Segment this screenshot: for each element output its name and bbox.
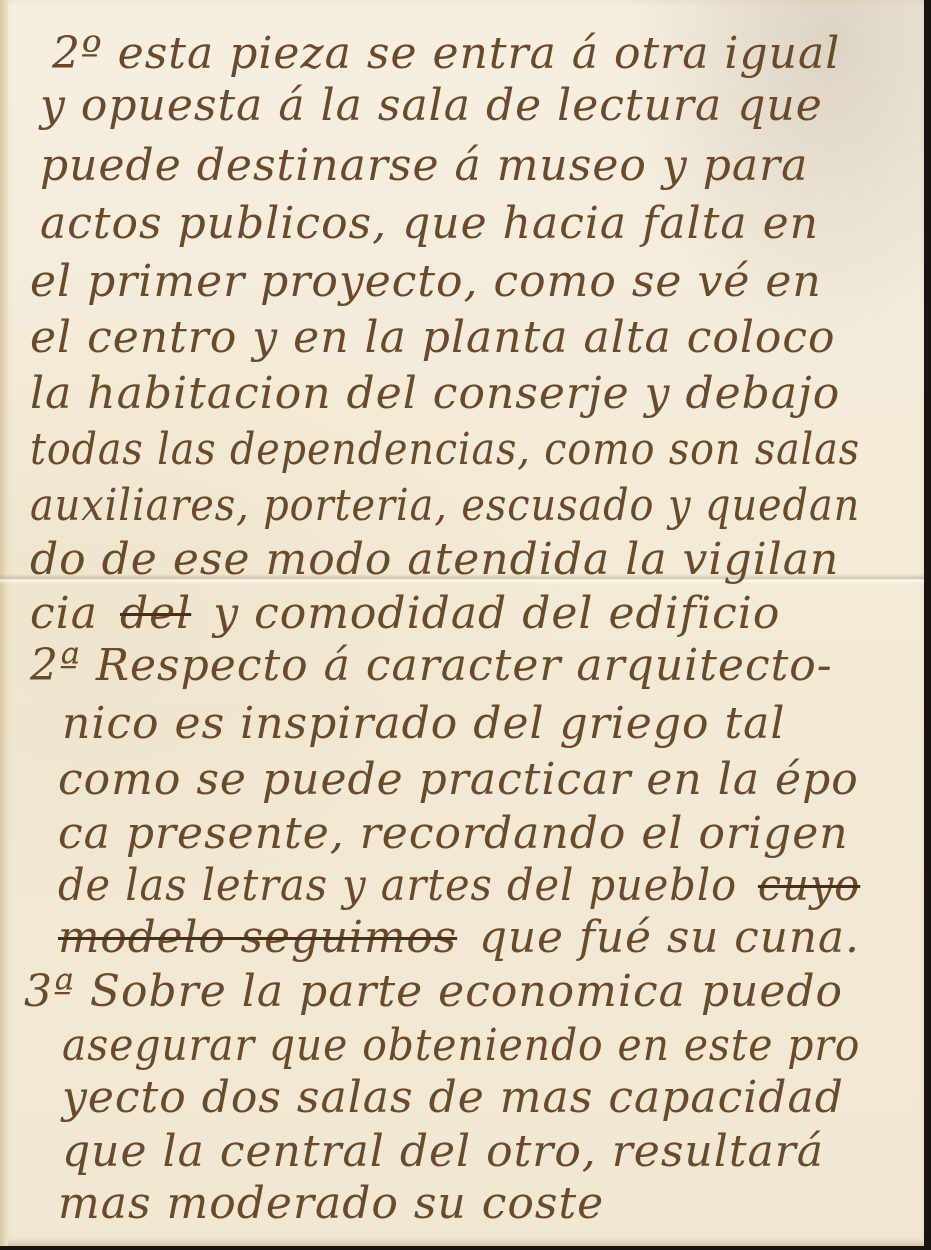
manuscript-line-8: todas las dependencias, como son salas — [30, 424, 860, 475]
line-11-rest: y comodidad del edificio — [213, 588, 780, 639]
struck-word-del: del — [120, 588, 191, 639]
manuscript-line-13: nico es inspirado del griego tal — [62, 698, 785, 749]
manuscript-line-22: mas moderado su coste — [58, 1178, 604, 1229]
struck-word-cuyo: cuyo — [758, 860, 860, 911]
manuscript-line-17: modelo seguimosque fué su cuna. — [58, 912, 860, 963]
manuscript-line-20: yecto dos salas de mas capacidad — [62, 1072, 844, 1123]
paper-left-edge — [0, 0, 8, 1246]
struck-phrase-modelo-seguimos: modelo seguimos — [58, 912, 457, 963]
manuscript-line-16: de las letras y artes del pueblocuyo — [58, 860, 860, 911]
manuscript-line-6: el centro y en la planta alta coloco — [30, 312, 836, 363]
manuscript-line-15: ca presente, recordando el origen — [58, 808, 849, 859]
manuscript-line-5: el primer proyecto, como se vé en — [30, 256, 822, 307]
manuscript-line-11: ciadely comodidad del edificio — [30, 588, 780, 639]
manuscript-line-14: como se puede practicar en la épo — [58, 754, 859, 805]
line-16-lead: de las letras y artes del pueblo — [58, 860, 737, 911]
manuscript-line-9: auxiliares, porteria, escusado y quedan — [30, 480, 860, 531]
line-17-rest: que fué su cuna. — [479, 912, 860, 963]
manuscript-line-18: 3ª Sobre la parte economica puedo — [24, 966, 843, 1017]
manuscript-line-1: 2º esta pieza se entra á otra igual — [52, 28, 840, 79]
manuscript-line-4: actos publicos, que hacia falta en — [40, 198, 819, 249]
manuscript-line-2: y opuesta á la sala de lectura que — [40, 80, 823, 131]
manuscript-line-19: asegurar que obteniendo en este pro — [62, 1020, 860, 1071]
line-11-lead: cia — [30, 588, 98, 639]
manuscript-line-10: do de ese modo atendida la vigilan — [30, 534, 839, 585]
manuscript-line-21: que la central del otro, resultará — [62, 1126, 824, 1177]
manuscript-line-7: la habitacion del conserje y debajo — [30, 368, 840, 419]
manuscript-line-3: puede destinarse á museo y para — [40, 140, 808, 191]
manuscript-page: 2º esta pieza se entra á otra igual y op… — [0, 0, 924, 1246]
manuscript-line-12: 2ª Respecto á caracter arquitecto- — [30, 640, 833, 691]
